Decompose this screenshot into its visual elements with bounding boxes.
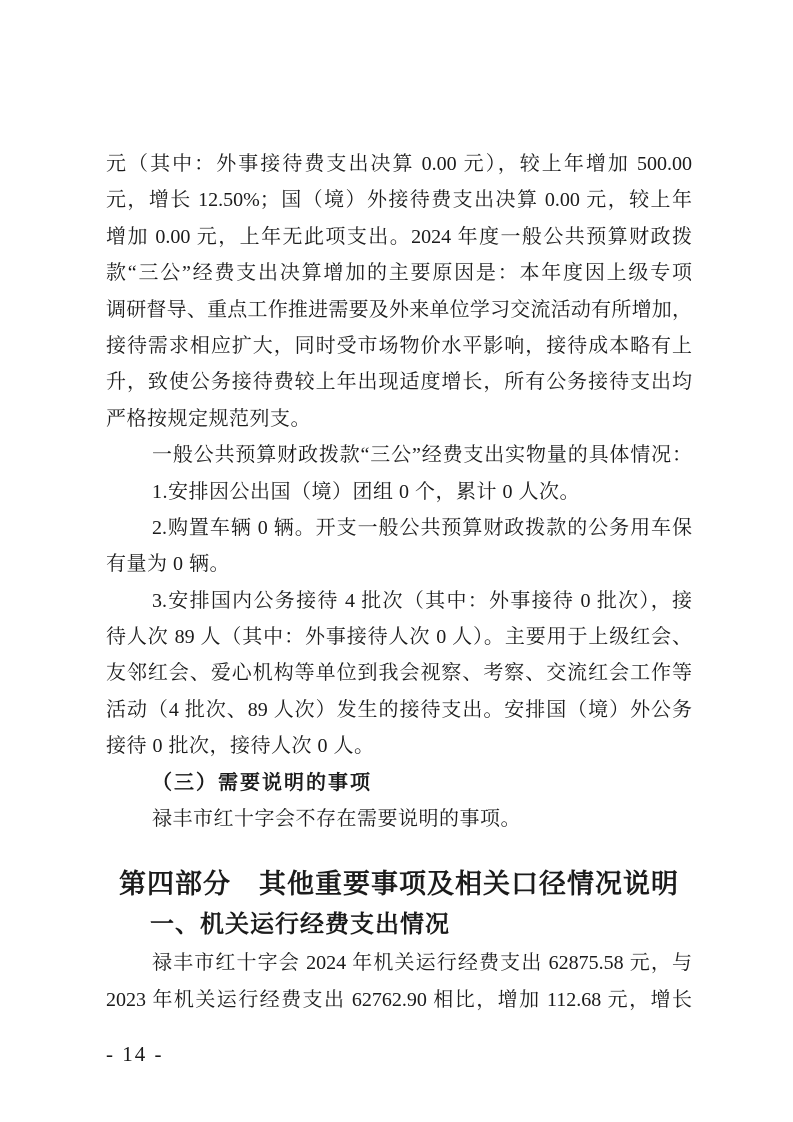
text-line: 款“三公”经费支出决算增加的主要原因是：本年度因上级专项 <box>106 255 692 291</box>
text-line: 3.安排国内公务接待 4 批次（其中：外事接待 0 批次），接 <box>106 583 692 619</box>
section-heading: 第四部分 其他重要事项及相关口径情况说明 <box>106 863 692 905</box>
text-line: 调研督导、重点工作推进需要及外来单位学习交流活动有所增加， <box>106 292 692 328</box>
document-page: 元（其中：外事接待费支出决算 0.00 元），较上年增加 500.00元，增长 … <box>0 0 793 1122</box>
text-line: 元，增长 12.50%；国（境）外接待费支出决算 0.00 元，较上年 <box>106 182 692 218</box>
text-line: （三）需要说明的事项 <box>106 765 692 801</box>
text-line: 1.安排因公出国（境）团组 0 个，累计 0 人次。 <box>106 474 692 510</box>
text-line: 禄丰市红十字会 2024 年机关运行经费支出 62875.58 元，与 <box>106 945 692 981</box>
text-line: 增加 0.00 元，上年无此项支出。2024 年度一般公共预算财政拨 <box>106 219 692 255</box>
text-line: 友邻红会、爱心机构等单位到我会视察、考察、交流红会工作等 <box>106 655 692 691</box>
text-line: 升，致使公务接待费较上年出现适度增长，所有公务接待支出均 <box>106 364 692 400</box>
subsection-heading: 一、机关运行经费支出情况 <box>106 905 692 945</box>
text-line: 严格按规定规范列支。 <box>106 401 692 437</box>
text-line: 接待需求相应扩大，同时受市场物价水平影响，接待成本略有上 <box>106 328 692 364</box>
document-content: 元（其中：外事接待费支出决算 0.00 元），较上年增加 500.00元，增长 … <box>106 146 692 1018</box>
text-line: 元（其中：外事接待费支出决算 0.00 元），较上年增加 500.00 <box>106 146 692 182</box>
text-line: 禄丰市红十字会不存在需要说明的事项。 <box>106 801 692 837</box>
text-line: 一般公共预算财政拨款“三公”经费支出实物量的具体情况： <box>106 437 692 473</box>
text-line: 活动（4 批次、89 人次）发生的接待支出。安排国（境）外公务 <box>106 692 692 728</box>
text-line: 待人次 89 人（其中：外事接待人次 0 人）。主要用于上级红会、 <box>106 619 692 655</box>
text-line: 2.购置车辆 0 辆。开支一般公共预算财政拨款的公务用车保 <box>106 510 692 546</box>
text-line: 2023 年机关运行经费支出 62762.90 相比，增加 112.68 元，增… <box>106 982 692 1018</box>
page-number: - 14 - <box>106 1042 164 1067</box>
text-line: 有量为 0 辆。 <box>106 546 692 582</box>
text-line: 接待 0 批次，接待人次 0 人。 <box>106 728 692 764</box>
